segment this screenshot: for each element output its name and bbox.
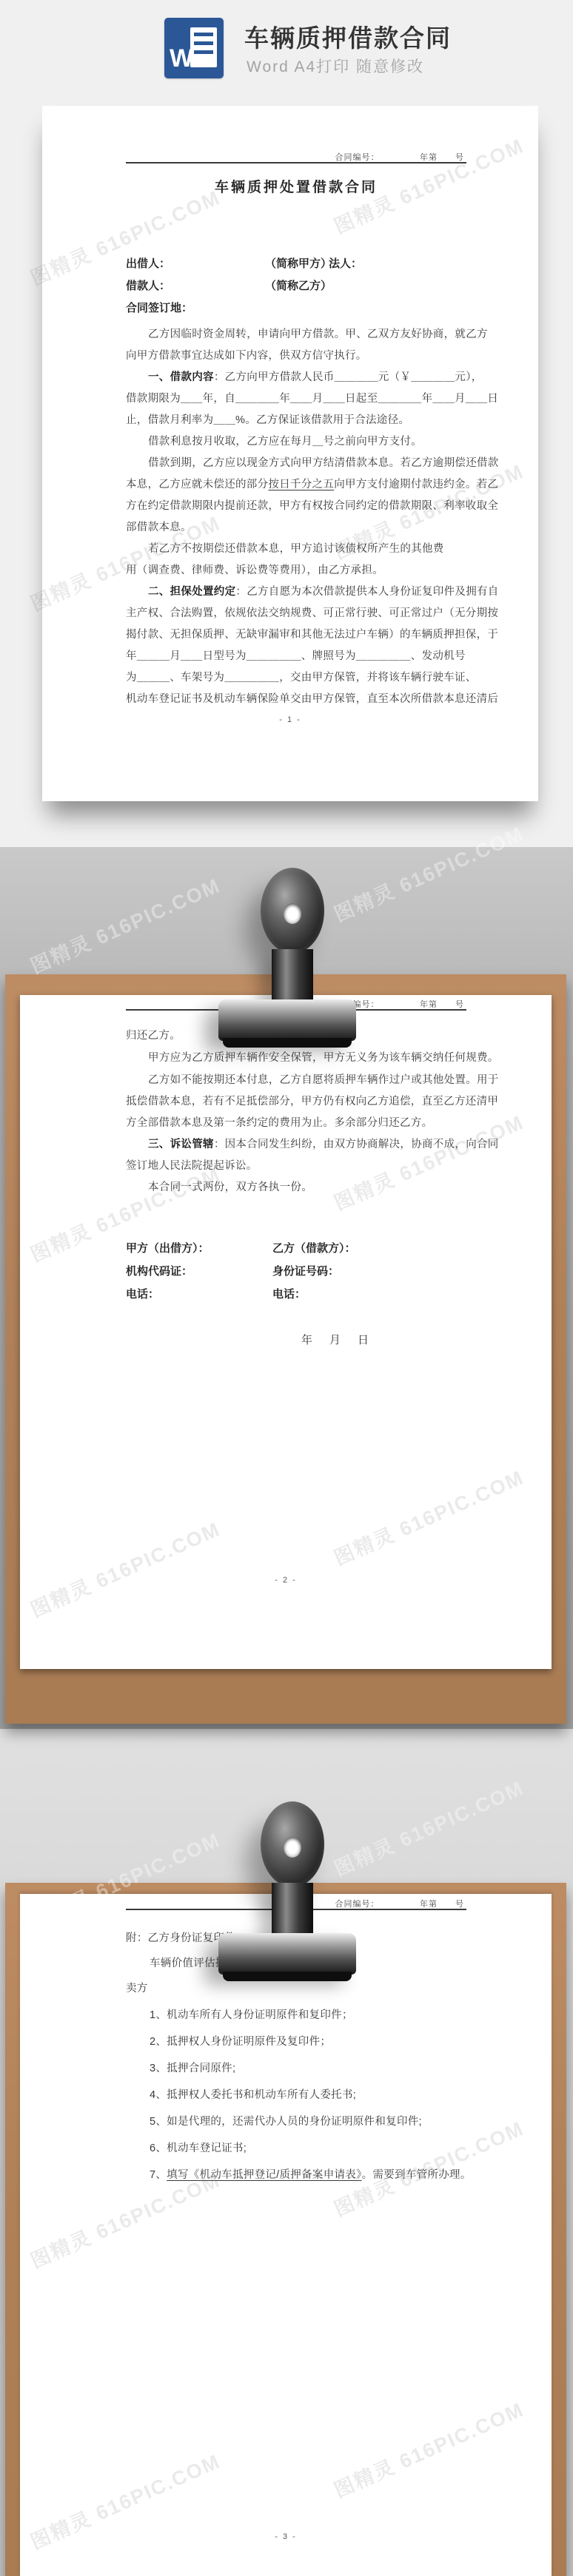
clip-hole: [284, 1837, 301, 1858]
clip-neck: [272, 949, 313, 1005]
doc-line: 用（调查费、律师费、诉讼费等费用），由乙方承担。: [126, 562, 383, 577]
doc-line: 本合同一式两份，双方各执一份。: [148, 1179, 312, 1194]
doc-line: 为＿＿＿、车架号为＿＿＿＿＿，交由甲方保管，并将该车辆行驶车证、: [126, 669, 477, 684]
page-canvas: W 车辆质押借款合同 Word A4打印 随意修改 合同编号： 年第 号 车辆质…: [0, 0, 573, 2576]
date-line: 年 月 日: [301, 1332, 372, 1347]
binder-clip-2: [0, 1794, 573, 1986]
party-b-signature-label: 乙方（借款方）：: [272, 1240, 356, 1255]
clip-jaw: [218, 1933, 356, 1975]
list-item: 2、抵押权人身份证明原件及复印件；: [150, 2033, 331, 2049]
doc-line: 乙方因临时资金周转，申请向甲方借款。甲、乙双方友好协商，就乙方: [148, 326, 488, 341]
doc-line: 三、诉讼管辖：因本合同发生纠纷，由双方协商解决，协商不成，向合同: [148, 1136, 499, 1151]
doc-line: 乙方如不能按期还本付息，乙方自愿将质押车辆作过户或其他处置。用于: [148, 1071, 499, 1087]
page-number: - 1 -: [42, 715, 538, 724]
lender-paren: （简称甲方）: [265, 255, 332, 271]
list-item: 5、如是代理的，还需代办人员的身份证明原件和复印件;: [150, 2113, 422, 2128]
list-item: 7、填写《机动车抵押登记/质押备案申请表》。需要到车管所办理。: [150, 2166, 472, 2182]
doc-line: 止，借款月利率为＿＿%。乙方保证该借款用于合法途径。: [126, 411, 409, 427]
lender-label: 出借人：: [126, 255, 170, 271]
contract-number-line: 合同编号： 年第 号: [335, 151, 465, 163]
sign-place-row: 合同签订地：: [42, 300, 538, 314]
list-item: 6、机动车登记证书;: [150, 2140, 247, 2155]
clip-jaw-edge: [223, 1038, 352, 1048]
sign-place-label: 合同签订地：: [126, 300, 192, 315]
template-title: 车辆质押借款合同: [244, 19, 452, 54]
list-item: 3、抵押合同原件;: [150, 2060, 235, 2075]
contract-page-2: 合同编号： 年第 号 归还乙方。 甲方应为乙方质押车辆作安全保管，甲方无义务为该…: [20, 995, 552, 1669]
doc-line: 揭付款、无担保质押、无缺审漏审和其他无法过户车辆）的车辆质押担保，于: [126, 626, 498, 641]
doc-line: 抵偿借款本息，若有不足抵偿部分，甲方仍有权向乙方追偿，直至乙方还清甲: [126, 1093, 498, 1108]
doc-line: 二、担保处置约定：乙方自愿为本次借款提供本人身份证复印件及拥有自: [148, 583, 499, 599]
doc-line: 机动车登记证书及机动车辆保险单交由甲方保管，直至本次所借款本息还清后: [126, 690, 498, 706]
word-icon-letter: W: [170, 46, 193, 71]
page-number: - 3 -: [20, 2532, 552, 2541]
page-number: - 2 -: [20, 1576, 552, 1585]
phone-b-label: 电话：: [272, 1286, 306, 1301]
doc-line: 年＿＿＿月＿＿日型号为＿＿＿＿＿、牌照号为＿＿＿＿＿、发动机号: [126, 647, 466, 663]
legal-person-label: 法人：: [329, 255, 362, 271]
doc-line: 借款期限为＿＿年，自＿＿＿＿年＿＿月＿＿日起至＿＿＿＿年＿＿月＿＿日: [126, 390, 498, 405]
doc-line: 本息，乙方应就未偿还的部分按日千分之五向甲方支付逾期付款违约金。若乙: [126, 476, 498, 491]
site-header: W 车辆质押借款合同 Word A4打印 随意修改: [0, 0, 573, 96]
borrower-paren: （简称乙方）: [265, 277, 332, 293]
list-item: 1、机动车所有人身份证明原件和复印件；: [150, 2006, 353, 2022]
doc-line: 主产权、合法购置，依规依法交纳规费、可正常行驶、可正常过户（无分期按: [126, 604, 498, 620]
doc-line: 方在约定借款期限内提前还款，甲方有权按合同约定的借款期限、利率收取全: [126, 497, 498, 513]
binder-clip-1: [0, 860, 573, 1053]
clip-jaw-edge: [223, 1972, 352, 1981]
template-subtitle: Word A4打印 随意修改: [247, 55, 424, 77]
doc-line: 向甲方借款事宜达成如下内容，供双方信守执行。: [126, 347, 367, 363]
org-code-label: 机构代码证：: [126, 1263, 192, 1278]
doc-line: 若乙方不按期偿还借款本息，甲方追讨该债权所产生的其他费: [148, 540, 444, 556]
borrower-row: 借款人： （简称乙方）: [42, 277, 538, 292]
doc-line: 借款利息按月收取，乙方应在每月＿号之前向甲方支付。: [148, 433, 422, 448]
doc-line: 借款到期，乙方应以现金方式向甲方结清借款本息。若乙方逾期偿还借款: [148, 454, 499, 470]
borrower-label: 借款人：: [126, 277, 170, 293]
list-item: 4、抵押权人委托书和机动车所有人委托书;: [150, 2086, 356, 2102]
header-rule: [126, 162, 466, 163]
contract-title: 车辆质押处置借款合同: [126, 176, 466, 196]
word-icon-page-glyph: [190, 27, 217, 67]
clip-jaw: [218, 999, 356, 1041]
id-number-label: 身份证号码：: [272, 1263, 339, 1278]
contract-page-1: 合同编号： 年第 号 车辆质押处置借款合同 出借人： （简称甲方） 法人： 借款…: [42, 106, 538, 801]
contract-page-3: 合同编号： 年第 号 附：乙方身份证复印件 车辆价值评估报告 卖方 1、机动车所…: [20, 1894, 552, 2576]
lender-row: 出借人： （简称甲方） 法人：: [42, 255, 538, 270]
doc-line: 方全部借款本息及第一条约定的费用为止。多余部分归还乙方。: [126, 1114, 432, 1130]
doc-line: 部借款本息。: [126, 519, 192, 534]
clip-hole: [284, 903, 301, 924]
doc-line: 签订地人民法院提起诉讼。: [126, 1157, 258, 1173]
party-a-signature-label: 甲方（出借方）：: [126, 1240, 210, 1255]
doc-line: 一、借款内容：乙方向甲方借款人民币＿＿＿＿元（￥＿＿＿＿元），: [148, 368, 483, 384]
word-file-icon: W: [164, 18, 224, 78]
phone-a-label: 电话：: [126, 1286, 159, 1301]
clip-neck: [272, 1883, 313, 1939]
